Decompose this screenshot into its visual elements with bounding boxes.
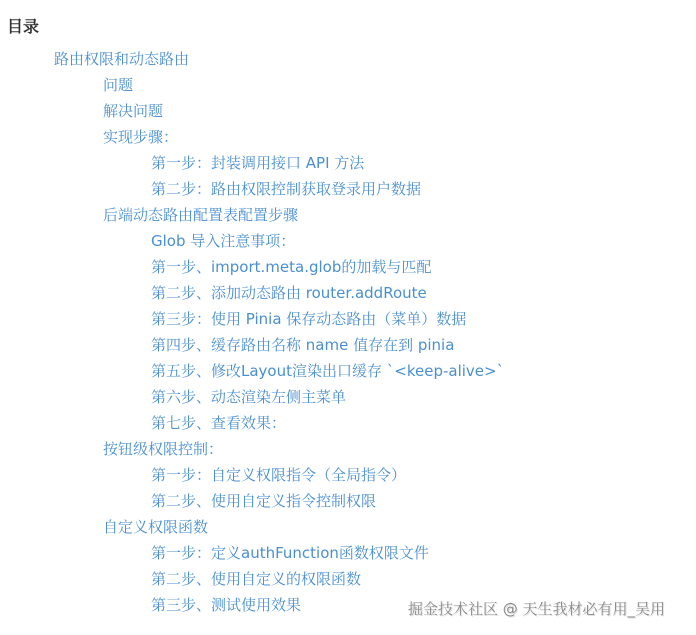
toc-link-step-1-auth-function[interactable]: 第一步：定义authFunction函数权限文件: [0, 540, 504, 566]
toc-link-solve-problem[interactable]: 解决问题: [0, 98, 504, 124]
toc-link-step-4-cache-name[interactable]: 第四步、缓存路由名称 name 值存在到 pinia: [0, 332, 504, 358]
toc-link-step-2-user-data[interactable]: 第二步：路由权限控制获取登录用户数据: [0, 176, 504, 202]
toc-link-glob-notes[interactable]: Glob 导入注意事项：: [0, 228, 504, 254]
toc-link-custom-permission-function[interactable]: 自定义权限函数: [0, 514, 504, 540]
toc-link-implementation-steps[interactable]: 实现步骤：: [0, 124, 504, 150]
toc-link-routing-permissions[interactable]: 路由权限和动态路由: [0, 46, 504, 72]
toc-link-step-5-keep-alive[interactable]: 第五步、修改Layout渲染出口缓存 `<keep-alive>`: [0, 358, 504, 384]
toc-link-backend-dynamic-routes[interactable]: 后端动态路由配置表配置步骤: [0, 202, 504, 228]
toc-list: 路由权限和动态路由 问题 解决问题 实现步骤： 第一步：封装调用接口 API 方…: [0, 46, 504, 618]
toc-link-step-1-api[interactable]: 第一步：封装调用接口 API 方法: [0, 150, 504, 176]
toc-link-step-2-add-route[interactable]: 第二步、添加动态路由 router.addRoute: [0, 280, 504, 306]
toc-link-step-2-use-directive[interactable]: 第二步、使用自定义指令控制权限: [0, 488, 504, 514]
toc-link-step-6-menu[interactable]: 第六步、动态渲染左侧主菜单: [0, 384, 504, 410]
toc-link-step-1-directive[interactable]: 第一步：自定义权限指令（全局指令）: [0, 462, 504, 488]
toc-link-step-7-result[interactable]: 第七步、查看效果：: [0, 410, 504, 436]
toc-title: 目录: [7, 16, 39, 38]
watermark: 掘金技术社区 @ 天生我材必有用_吴用: [408, 598, 665, 619]
toc-link-button-permissions[interactable]: 按钮级权限控制：: [0, 436, 504, 462]
toc-link-problem[interactable]: 问题: [0, 72, 504, 98]
toc-link-step-3-pinia[interactable]: 第三步：使用 Pinia 保存动态路由（菜单）数据: [0, 306, 504, 332]
toc-link-step-2-use-function[interactable]: 第二步、使用自定义的权限函数: [0, 566, 504, 592]
toc-link-step-1-glob[interactable]: 第一步、import.meta.glob的加载与匹配: [0, 254, 504, 280]
